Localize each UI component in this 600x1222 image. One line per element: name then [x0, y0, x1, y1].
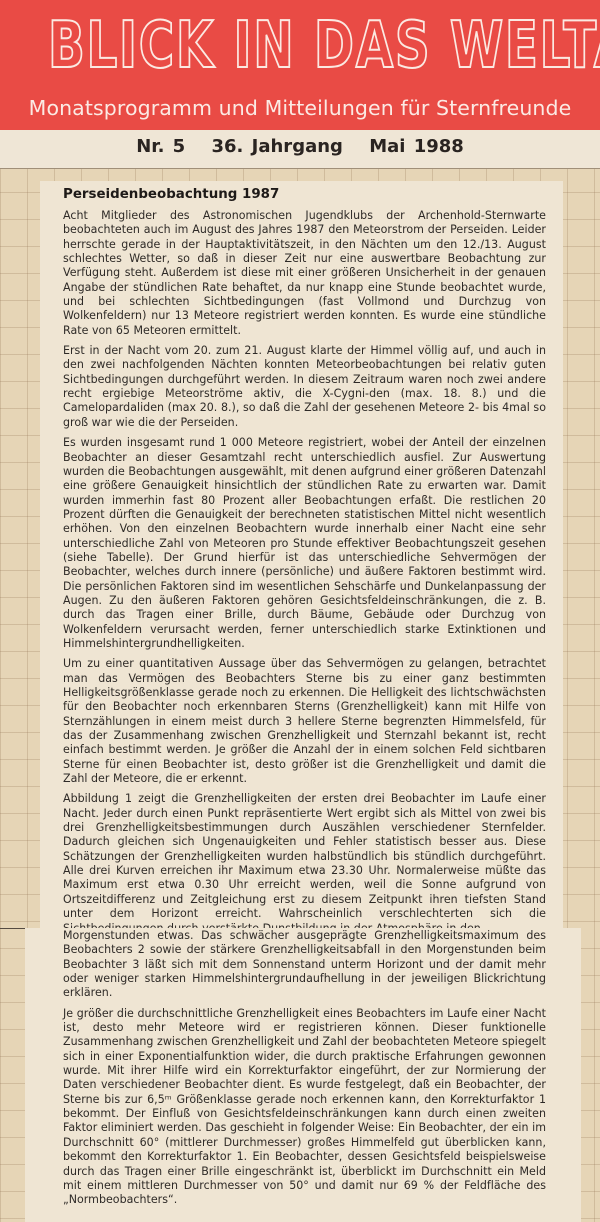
- article-clipping-top: Perseidenbeobachtung 1987 Acht Mitgliede…: [40, 181, 563, 929]
- article-paragraph: Es wurden insgesamt rund 1 000 Meteore r…: [63, 436, 546, 651]
- article-title: Perseidenbeobachtung 1987: [63, 187, 546, 202]
- masthead-banner: BLICK IN DAS WELTALL Monatsprogramm und …: [0, 0, 600, 130]
- issue-date: Mai 1988: [369, 136, 464, 157]
- article-paragraph: Um zu einer quantitativen Aussage über d…: [63, 657, 546, 786]
- article-paragraph: Abbildung 1 zeigt die Grenzhelligkeiten …: [63, 792, 546, 935]
- article-paragraph: Acht Mitglieder des Astronomischen Jugen…: [63, 209, 546, 338]
- magazine-subtitle: Monatsprogramm und Mitteilungen für Ster…: [0, 96, 600, 120]
- article-clipping-bottom: Morgenstunden etwas. Das schwächer ausge…: [25, 928, 581, 1222]
- article-paragraph: Erst in der Nacht vom 20. zum 21. August…: [63, 344, 546, 430]
- article-paragraph: Morgenstunden etwas. Das schwächer ausge…: [63, 929, 546, 1001]
- issue-volume: 36. Jahrgang: [212, 136, 343, 157]
- magazine-title: BLICK IN DAS WELTALL: [48, 6, 552, 86]
- article-paragraph: Je größer die durchschnittliche Grenzhel…: [63, 1007, 546, 1208]
- issue-info-bar: Nr. 5 36. Jahrgang Mai 1988: [0, 130, 600, 169]
- issue-number: Nr. 5: [136, 136, 185, 157]
